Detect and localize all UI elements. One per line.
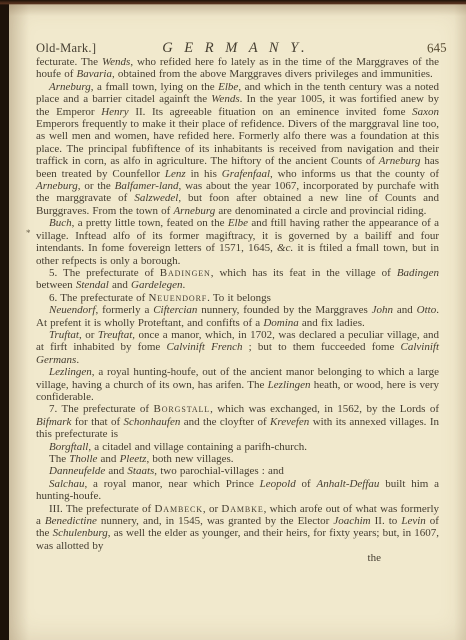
paragraphs-container: fecturate. The Wends, who refided here f… (36, 56, 439, 552)
paragraph: Borgftall, a citadel and village contain… (36, 441, 439, 453)
text-run: , obtained from the above Marggraves div… (112, 68, 433, 80)
text-run: . (76, 354, 79, 366)
text-run: , which was exchanged, in 1562, by the L… (210, 403, 439, 415)
text-run: Anhalt-Deffau (316, 478, 379, 490)
page-header: Old-Mark.] G E R M A N Y. 645 (36, 40, 446, 57)
paragraph: Lezlingen, a royal hunting-houfe, out of… (36, 366, 439, 403)
text-run: Schulenburg (53, 527, 108, 539)
paragraph: Salchau, a royal manor, near which Princ… (36, 478, 439, 503)
text-run: The (49, 453, 69, 465)
paragraph: The Tholle and Pleetz, both new villages… (36, 453, 439, 465)
text-run: Pleetz (120, 453, 147, 465)
text-run: nunnery, and, in 1545, was granted by th… (97, 515, 334, 527)
paragraph: Truftat, or Treuftat, once a manor, whic… (36, 329, 439, 366)
text-run: Salzwedel (134, 192, 178, 204)
text-run: Schonhaufen (124, 416, 181, 428)
text-run: nunnery, founded by the Marggraves (197, 304, 371, 316)
text-run: , formerly a (95, 304, 153, 316)
paragraph: 7. The prefecturate of Borgstall, which … (36, 403, 439, 440)
text-run: Neuendorf (49, 304, 95, 316)
text-run: , or the (78, 180, 115, 192)
text-run: and (109, 279, 131, 291)
text-run: . To it belongs (207, 292, 271, 304)
text-run: Grafenfaal (222, 168, 270, 180)
text-run: Danneufelde (49, 465, 105, 477)
margin-mark: * (26, 228, 31, 238)
text-run: Badingen (397, 267, 439, 279)
book-page: Old-Mark.] G E R M A N Y. 645 fecturate.… (9, 4, 466, 640)
text-run: and the cloyfter of (180, 416, 270, 428)
text-run: Ciftercian (153, 304, 197, 316)
text-run: Lezlingen (268, 379, 311, 391)
text-run: Salchau (49, 478, 84, 490)
text-run: Levin (401, 515, 425, 527)
scan-edge-top (0, 0, 466, 5)
text-run: Dambeck (154, 503, 202, 515)
text-run: II. Its agreeable fituation on an eminen… (129, 106, 412, 118)
paragraph: 6. The prefecturate of Neuendorf. To it … (36, 292, 439, 304)
text-run: Arneburg (49, 81, 91, 93)
text-run: Buch (49, 217, 72, 229)
text-run: Treuftat (98, 329, 132, 341)
text-run: Tholle (69, 453, 97, 465)
text-run: Elbe (218, 81, 238, 93)
text-run: , both new villages. (146, 453, 233, 465)
text-run: Joachim (333, 515, 370, 527)
paragraph: 5. The prefecturate of Badingen, which h… (36, 267, 439, 292)
text-run: , a fmall town, lying on the (91, 81, 218, 93)
text-run: for that of (71, 416, 123, 428)
text-run: II. to (371, 515, 402, 527)
text-run: Bifmark (36, 416, 71, 428)
text-run: , a citadel and village containing a par… (88, 441, 307, 453)
text-run: Saxon (412, 106, 439, 118)
text-run: Badingen (160, 267, 211, 279)
text-run: , or (79, 329, 98, 341)
text-run: Truftat (49, 329, 79, 341)
text-run: Balfamer-land (115, 180, 179, 192)
text-run: , which has its feat in the village of (211, 267, 397, 279)
text-run: Calvinift French (166, 341, 242, 353)
text-run: Stendal (76, 279, 109, 291)
text-run: Dambke (221, 503, 263, 515)
text-run: Gardelegen (131, 279, 183, 291)
text-run: 5. The prefecturate of (49, 267, 160, 279)
text-run: Bavaria (77, 68, 112, 80)
text-run: and (393, 304, 417, 316)
text-run: in his (186, 168, 222, 180)
paragraph: Danneufelde and Staats, two parochial-vi… (36, 465, 439, 477)
text-run: , a royal manor, near which Prince (84, 478, 259, 490)
text-run: Domina (263, 317, 298, 329)
text-run: Lezlingen (49, 366, 92, 378)
catchword: the (36, 552, 439, 564)
text-run: Krevefen (270, 416, 309, 428)
text-run: Otto (417, 304, 437, 316)
text-run: and (97, 453, 119, 465)
text-run: Lenz (165, 168, 186, 180)
text-run: Leopold (260, 478, 296, 490)
text-run: of (296, 478, 317, 490)
text-run: Staats (127, 465, 154, 477)
text-run: are denominated a circle and provincial … (215, 205, 426, 217)
page-number: 645 (426, 40, 446, 57)
text-run: Benedictine (45, 515, 97, 527)
text-run: 6. The prefecturate of (49, 292, 148, 304)
text-run: &c. (277, 242, 293, 254)
text-run: 7. The prefecturate of (49, 403, 154, 415)
text-run: Borgftall (49, 441, 88, 453)
paragraph: Neuendorf, formerly a Ciftercian nunnery… (36, 304, 439, 329)
text-run: , or (203, 503, 221, 515)
running-title: G E R M A N Y. (70, 40, 400, 57)
text-run: Henry (101, 106, 129, 118)
text-run: . (183, 279, 186, 291)
text-run: fecturate. The (36, 56, 102, 68)
text-run: Wends (211, 93, 239, 105)
paragraph: III. The prefecturate of Dambeck, or Dam… (36, 503, 439, 553)
text-run: , a pretty little town, feated on the (72, 217, 228, 229)
text-run: Wends (102, 56, 130, 68)
text-run: Arneburg (36, 180, 78, 192)
text-run: and fix ladies. (299, 317, 365, 329)
text-run: John (372, 304, 393, 316)
text-run: III. The prefecturate of (49, 503, 154, 515)
text-run: ; but to them fucceeded fome (242, 341, 400, 353)
text-run: Arneburg (173, 205, 215, 217)
text-run: and (105, 465, 127, 477)
paragraph: Arneburg, a fmall town, lying on the Elb… (36, 81, 439, 217)
paragraph: fecturate. The Wends, who refided here f… (36, 56, 439, 81)
page-body: fecturate. The Wends, who refided here f… (36, 56, 439, 565)
text-run: Neuendorf (148, 292, 207, 304)
text-run: Borgstall (154, 403, 211, 415)
text-run: between (36, 279, 76, 291)
text-run: Elbe (228, 217, 248, 229)
paragraph: Buch, a pretty little town, feated on th… (36, 217, 439, 267)
text-run: , who informs us that the county of (270, 168, 439, 180)
text-run: Arneburg (379, 155, 421, 167)
text-run: , two parochial-villages : and (154, 465, 284, 477)
